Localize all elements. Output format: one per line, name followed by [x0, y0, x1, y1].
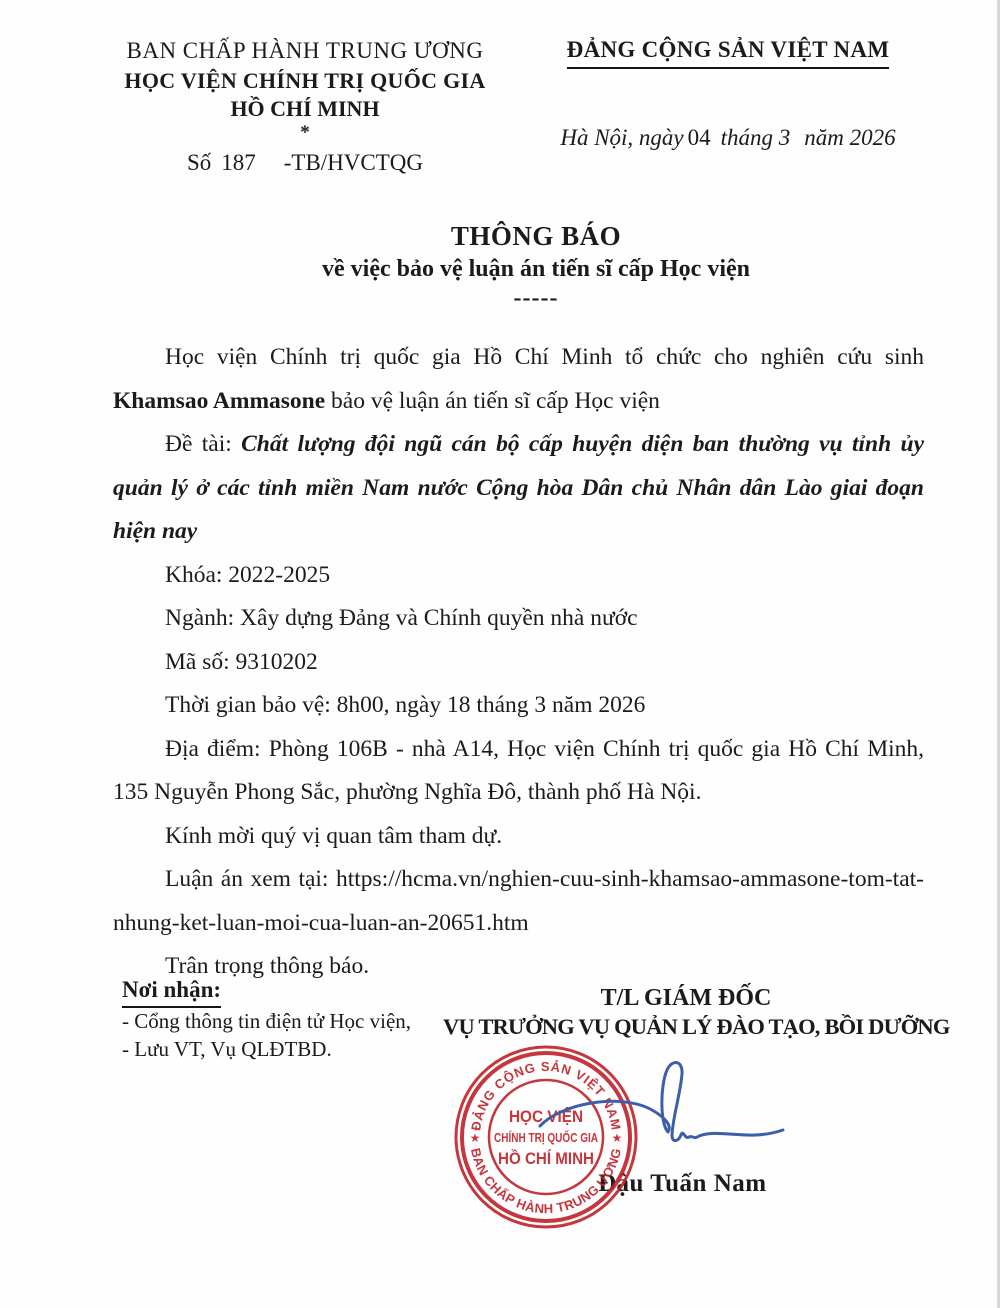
document-subtitle: về việc bảo vệ luận án tiến sĩ cấp Học v…	[72, 253, 1000, 286]
date-day: 04	[688, 125, 711, 150]
doc-number-suffix: -TB/HVCTQG	[284, 150, 423, 175]
intro-text-end: bảo vệ luận án tiến sĩ cấp Học viện	[331, 388, 660, 414]
paragraph-course: Khóa: 2022-2025	[113, 554, 924, 598]
paragraph-time: Thời gian bảo vệ: 8h00, ngày 18 tháng 3 …	[113, 684, 924, 728]
date-year: 2026	[850, 125, 896, 150]
org-parent: BAN CHẤP HÀNH TRUNG ƯƠNG	[95, 36, 515, 66]
document-title: THÔNG BÁO	[72, 220, 1000, 253]
org-name-line2: HỒ CHÍ MINH	[95, 95, 515, 122]
link-label: Luận án xem tại:	[165, 866, 328, 892]
document-body: Học viện Chính trị quốc gia Hồ Chí Minh …	[113, 336, 924, 989]
star-separator: *	[95, 122, 515, 144]
paragraph-code: Mã số: 9310202	[113, 641, 924, 685]
date-place: Hà Nội, ngày	[560, 125, 683, 150]
stamp-star-left-icon: ★	[470, 1131, 481, 1145]
issuing-org-block: BAN CHẤP HÀNH TRUNG ƯƠNG HỌC VIỆN CHÍNH …	[95, 36, 515, 178]
paragraph-invitation: Kính mời quý vị quan tâm tham dự.	[113, 815, 924, 859]
candidate-name: Khamsao Ammasone	[113, 388, 325, 414]
thesis-topic: Chất lượng đội ngũ cán bộ cấp huyện diện…	[113, 431, 924, 544]
signer-title-delegation: T/L GIÁM ĐỐC	[443, 983, 929, 1014]
document-number-line: Số187-TB/HVCTQG	[95, 148, 515, 178]
doc-number-prefix: Số	[187, 150, 211, 175]
title-block: THÔNG BÁO về việc bảo vệ luận án tiến sĩ…	[0, 220, 1000, 310]
date-year-label: năm	[804, 125, 844, 150]
paragraph-intro: Học viện Chính trị quốc gia Hồ Chí Minh …	[113, 336, 924, 423]
paragraph-location: Địa điểm: Phòng 106B - nhà A14, Học viện…	[113, 728, 924, 815]
paragraph-thesis-link: Luận án xem tại: https://hcma.vn/nghien-…	[113, 858, 924, 945]
national-motto-block: ĐẢNG CỘNG SẢN VIỆT NAM Hà Nội, ngày04thá…	[527, 36, 929, 178]
paragraph-major: Ngành: Xây dựng Đảng và Chính quyền nhà …	[113, 597, 924, 641]
signer-block: T/L GIÁM ĐỐC VỤ TRƯỞNG VỤ QUẢN LÝ ĐÀO TẠ…	[443, 983, 929, 1040]
doc-number: 187	[221, 150, 256, 175]
handwritten-signature	[520, 1048, 800, 1163]
topic-label: Đề tài:	[165, 431, 232, 457]
date-month-label: tháng	[721, 125, 773, 150]
signer-title-position: VỤ TRƯỞNG VỤ QUẢN LÝ ĐÀO TẠO, BỒI DƯỠNG	[443, 1014, 929, 1040]
title-divider: -----	[72, 286, 1000, 310]
intro-text: Học viện Chính trị quốc gia Hồ Chí Minh …	[165, 344, 924, 370]
date-line: Hà Nội, ngày04tháng 3năm 2026	[527, 125, 929, 151]
date-month: 3	[779, 125, 791, 150]
document-header: BAN CHẤP HÀNH TRUNG ƯƠNG HỌC VIỆN CHÍNH …	[0, 0, 1000, 178]
org-name-line1: HỌC VIỆN CHÍNH TRỊ QUỐC GIA	[95, 66, 515, 95]
document-page: BAN CHẤP HÀNH TRUNG ƯƠNG HỌC VIỆN CHÍNH …	[0, 0, 1000, 1308]
party-name: ĐẢNG CỘNG SẢN VIỆT NAM	[567, 36, 890, 69]
recipients-title: Nơi nhận:	[122, 975, 221, 1008]
paragraph-topic: Đề tài: Chất lượng đội ngũ cán bộ cấp hu…	[113, 423, 924, 554]
